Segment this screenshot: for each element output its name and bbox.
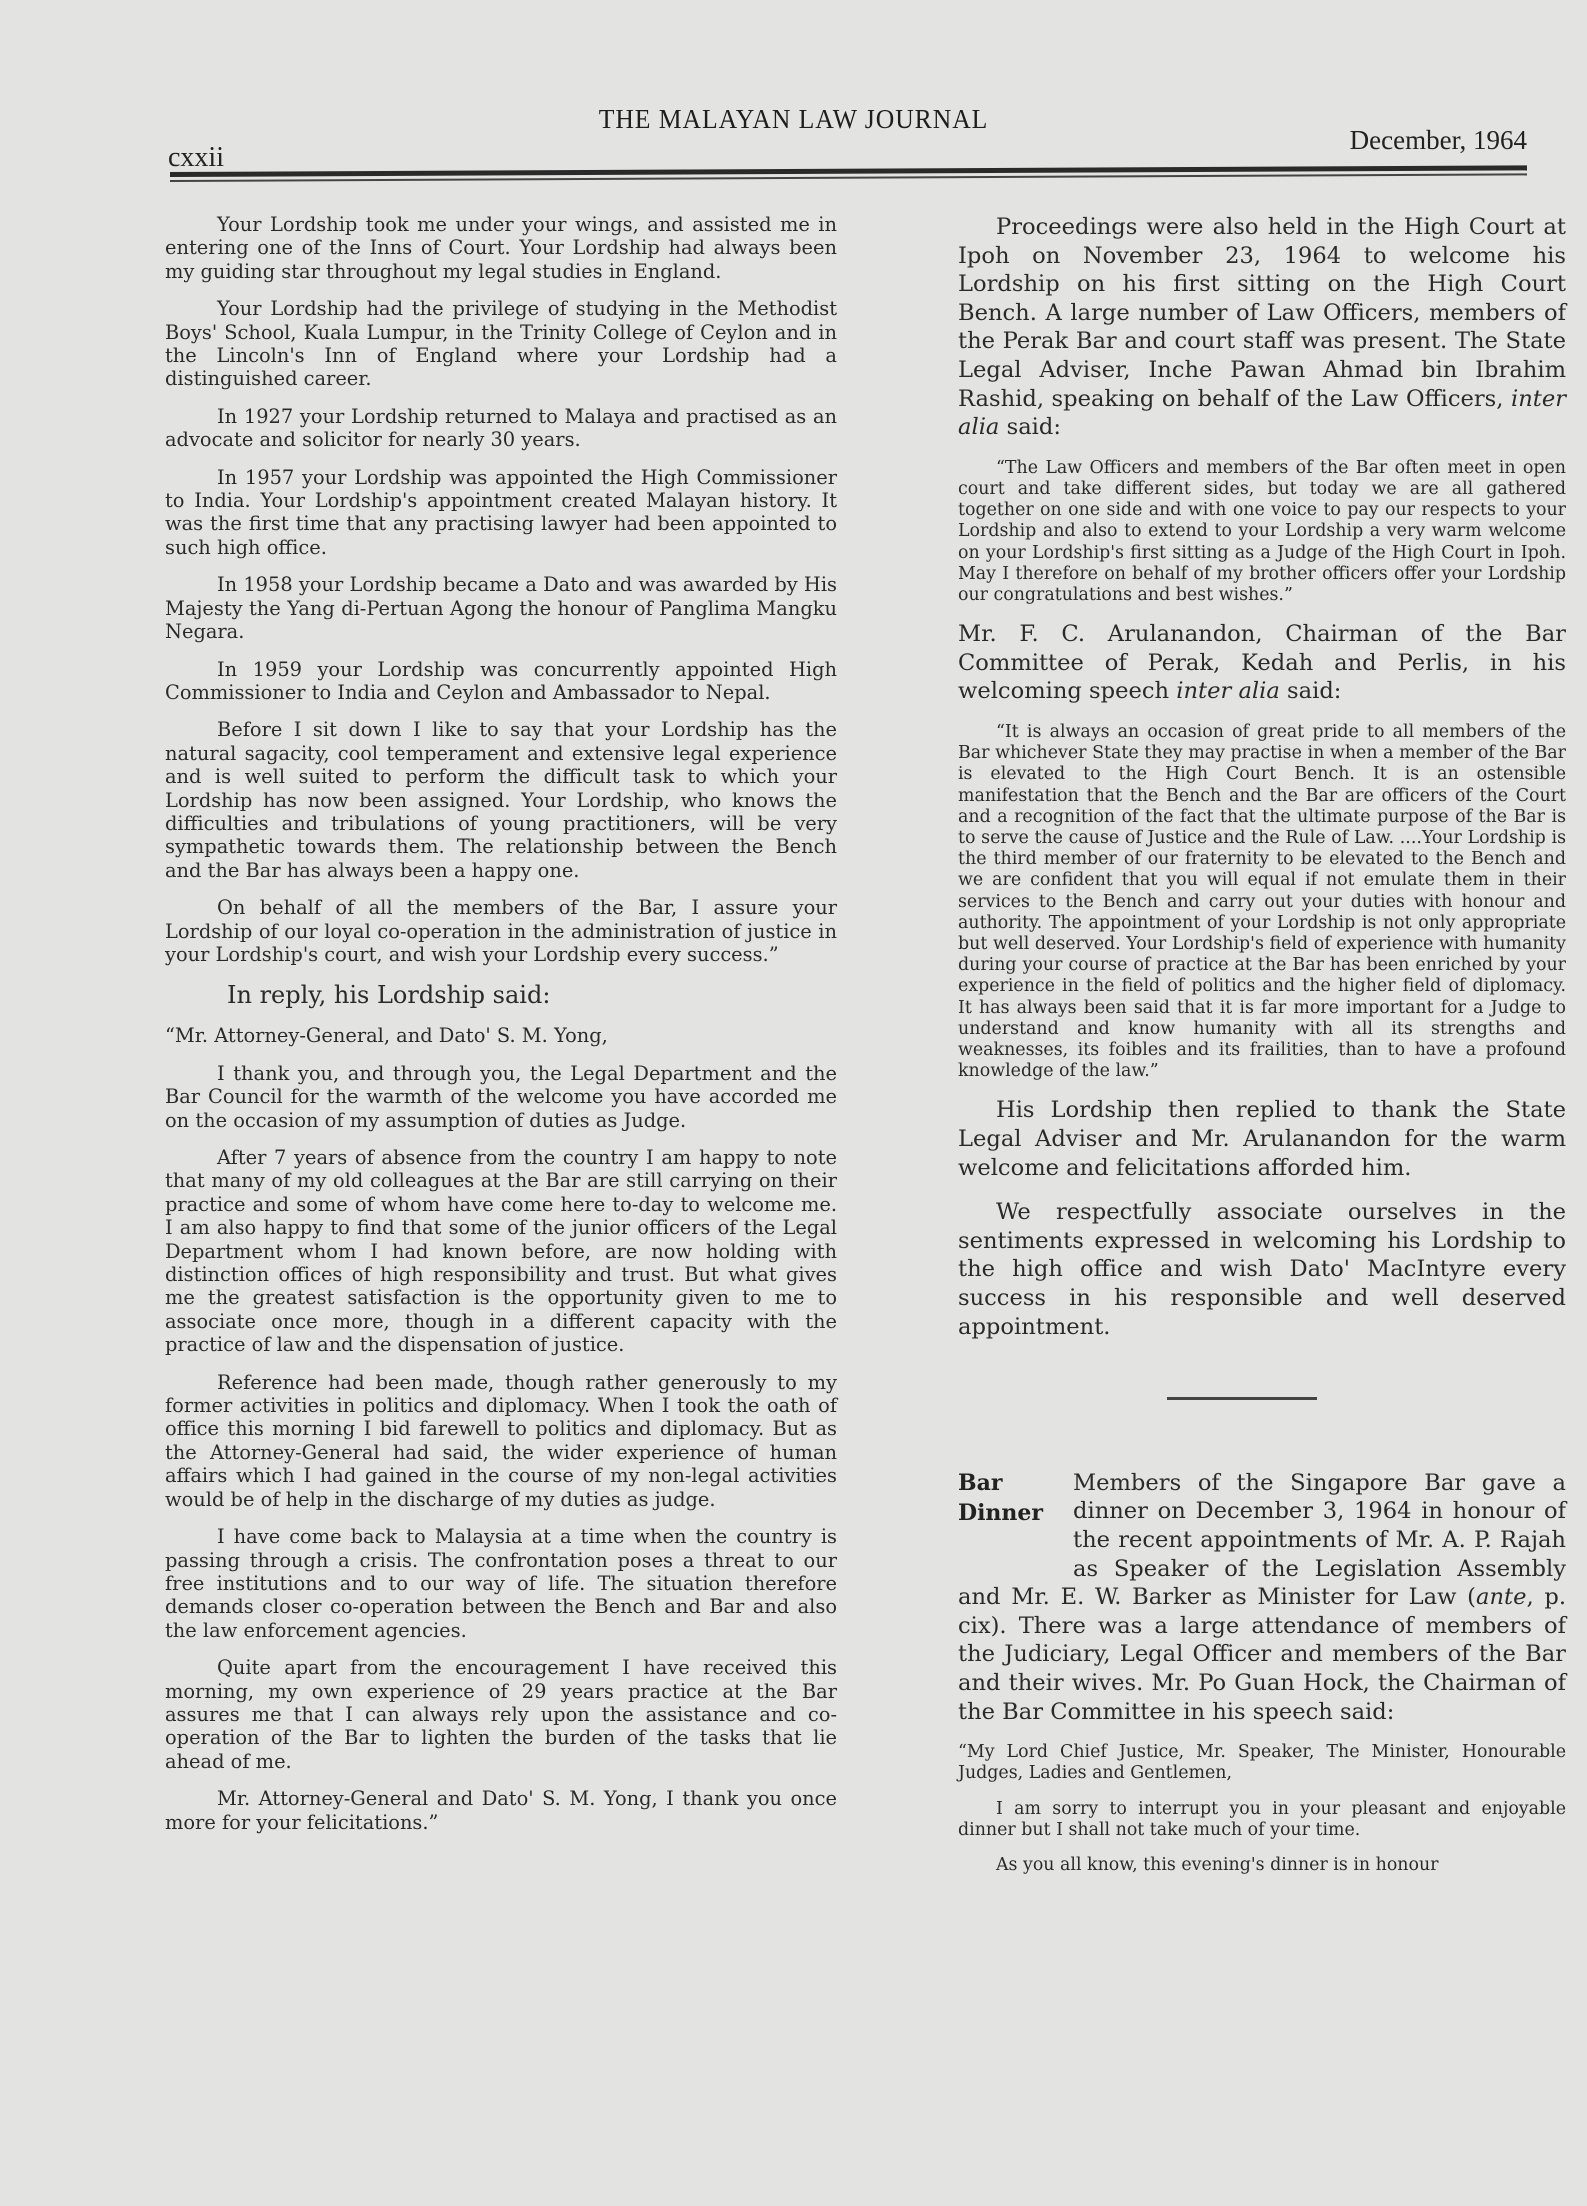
editorial-close: We respectfully associate ourselves in t… bbox=[958, 1198, 1566, 1341]
paragraph: Your Lordship took me under your wings, … bbox=[165, 213, 837, 283]
bar-dinner-text: Members of the Singapore Bar gave a dinn… bbox=[958, 1440, 1566, 1726]
paragraph: Reference had been made, though rather g… bbox=[165, 1371, 837, 1511]
issue-date: December, 1964 bbox=[1350, 125, 1527, 156]
paragraph: In 1957 your Lordship was appointed the … bbox=[165, 466, 837, 560]
reply-heading: In reply, his Lordship said: bbox=[165, 980, 837, 1010]
paragraph: I thank you, and through you, the Legal … bbox=[165, 1062, 837, 1132]
arulanandon-intro: Mr. F. C. Arulanandon, Chairman of the B… bbox=[958, 620, 1566, 706]
page-number: cxxii bbox=[168, 142, 224, 174]
paragraph: I am sorry to interrupt you in your plea… bbox=[958, 1799, 1566, 1841]
paragraph: As you all know, this evening's dinner i… bbox=[958, 1855, 1566, 1876]
bar-dinner-section: Bar Dinner Members of the Singapore Bar … bbox=[958, 1440, 1566, 1876]
paragraph: Quite apart from the encouragement I hav… bbox=[165, 1656, 837, 1773]
paragraph: On behalf of all the members of the Bar,… bbox=[165, 896, 837, 966]
right-column: Proceedings were also held in the High C… bbox=[958, 213, 1566, 1890]
paragraph: Your Lordship had the privilege of study… bbox=[165, 297, 837, 391]
paragraph: Mr. Attorney-General and Dato' S. M. Yon… bbox=[165, 1787, 837, 1834]
paragraph: In 1958 your Lordship became a Dato and … bbox=[165, 573, 837, 643]
paragraph: I have come back to Malaysia at a time w… bbox=[165, 1525, 837, 1642]
paragraph: In 1959 your Lordship was concurrently a… bbox=[165, 658, 837, 705]
arulanandon-quote: “It is always an occasion of great pride… bbox=[958, 722, 1566, 1082]
salutation: “Mr. Attorney-General, and Dato' S. M. Y… bbox=[165, 1024, 837, 1047]
bar-dinner-sidehead: Bar Dinner bbox=[958, 1468, 1043, 1528]
page-header: THE MALAYAN LAW JOURNAL cxxii December, … bbox=[0, 0, 1587, 200]
reply-summary: His Lordship then replied to thank the S… bbox=[958, 1096, 1566, 1182]
law-officers-quote: “The Law Officers and members of the Bar… bbox=[958, 458, 1566, 606]
journal-title: THE MALAYAN LAW JOURNAL bbox=[40, 104, 1548, 135]
paragraph: After 7 years of absence from the countr… bbox=[165, 1146, 837, 1357]
ipoh-intro: Proceedings were also held in the High C… bbox=[958, 213, 1566, 442]
section-divider bbox=[1167, 1397, 1317, 1400]
paragraph: In 1927 your Lordship returned to Malaya… bbox=[165, 405, 837, 452]
bar-dinner-salutation: “My Lord Chief Justice, Mr. Speaker, The… bbox=[958, 1742, 1566, 1784]
paragraph: Before I sit down I like to say that you… bbox=[165, 718, 837, 882]
left-column: Your Lordship took me under your wings, … bbox=[165, 213, 837, 1848]
